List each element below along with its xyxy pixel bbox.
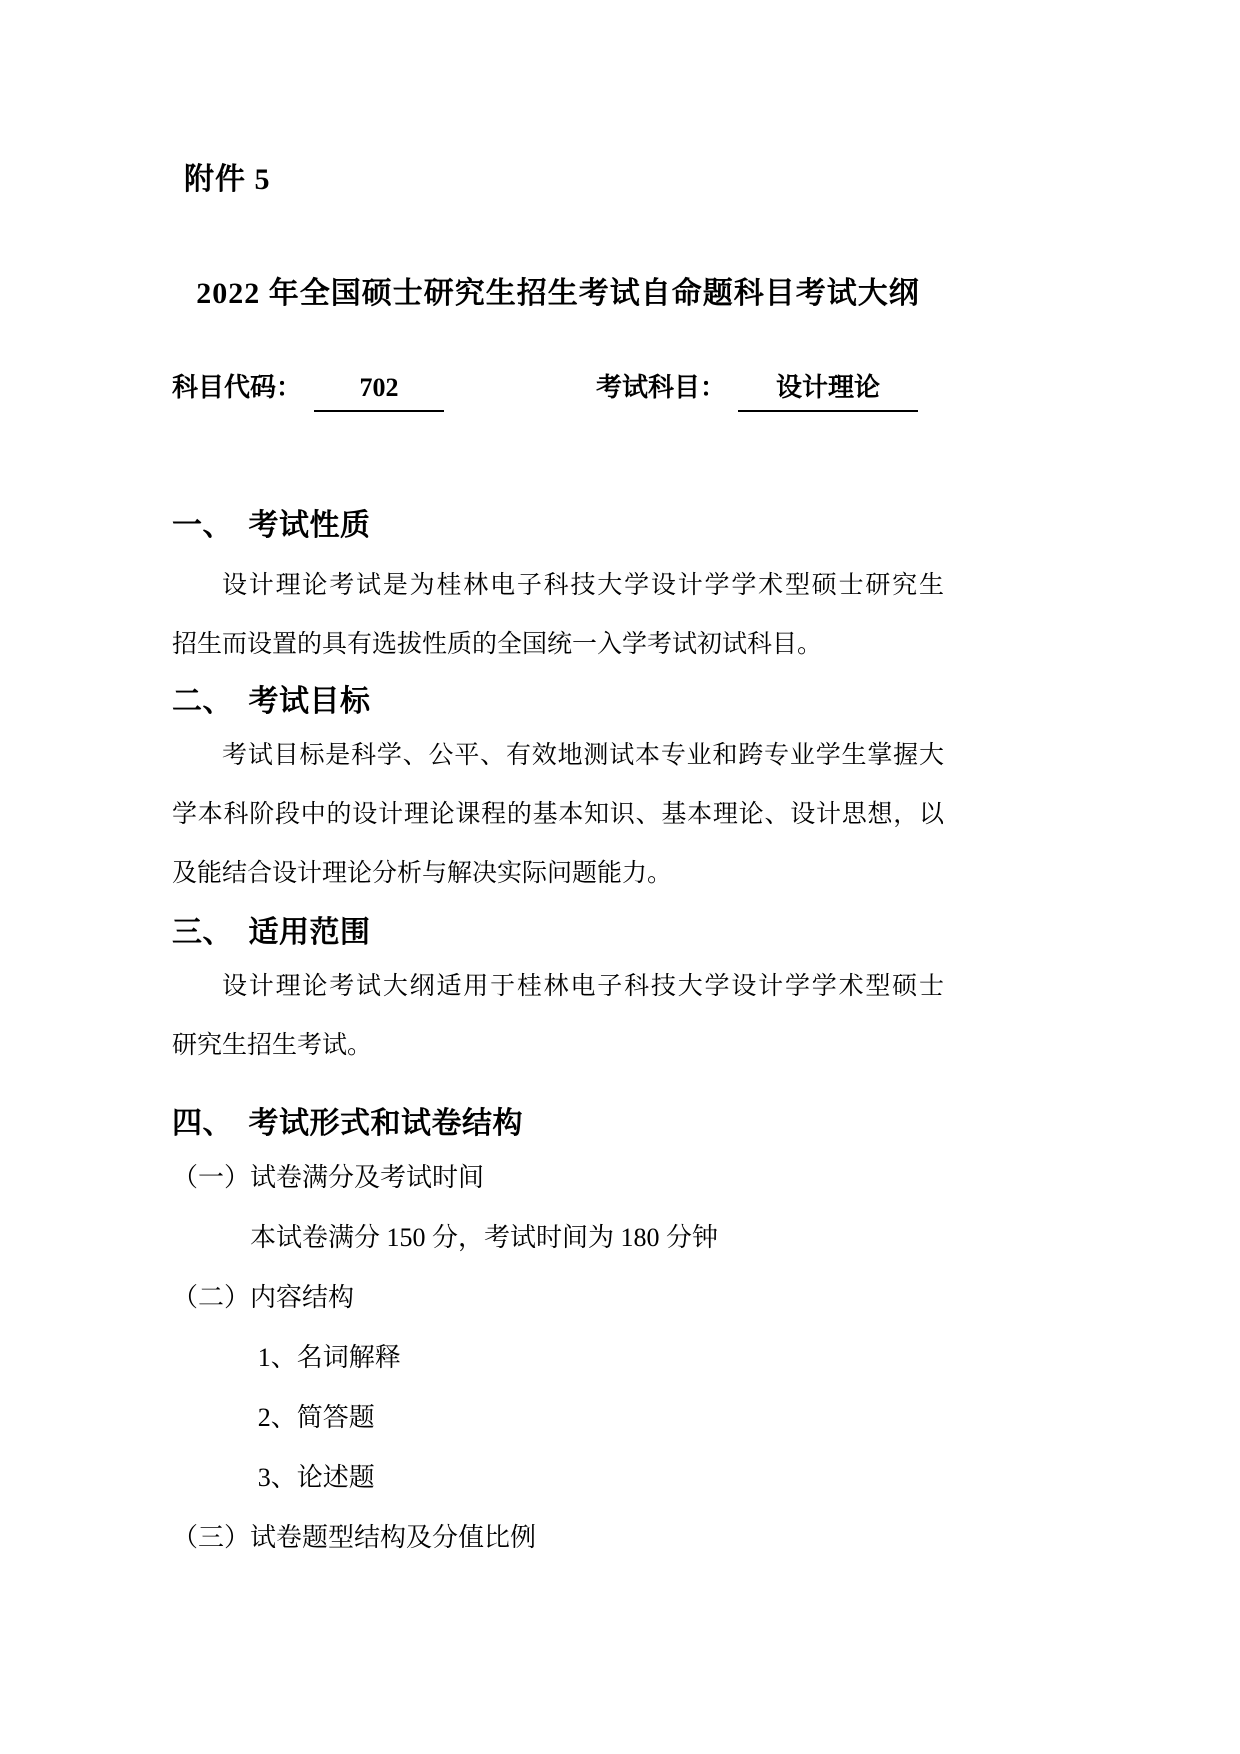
- section-heading-exam-nature: 一、 考试性质: [172, 504, 944, 548]
- attachment-label: 附件 5: [172, 160, 944, 200]
- section-heading-scope: 三、 适用范围: [172, 911, 944, 955]
- document-content: 附件 5 2022 年全国硕士研究生招生考试自命题科目考试大纲 科目代码： 70…: [172, 0, 944, 1568]
- document-title: 2022 年全国硕士研究生招生考试自命题科目考试大纲: [172, 272, 944, 316]
- paragraph-line: 考试目标是科学、公平、有效地测试本专业和跨专业学生掌握大: [172, 726, 944, 785]
- paragraph-line: 研究生招生考试。: [172, 1016, 944, 1075]
- paragraph-line: 设计理论考试是为桂林电子科技大学设计学学术型硕士研究生: [172, 556, 944, 615]
- subject-code-group: 科目代码： 702: [172, 368, 444, 412]
- exam-subject-group: 考试科目： 设计理论: [596, 368, 918, 412]
- document-page: 附件 5 2022 年全国硕士研究生招生考试自命题科目考试大纲 科目代码： 70…: [0, 0, 1240, 1754]
- subject-meta-row: 科目代码： 702 考试科目： 设计理论: [172, 368, 944, 412]
- exam-subject-value: 设计理论: [738, 368, 918, 412]
- paragraph-exam-goal: 考试目标是科学、公平、有效地测试本专业和跨专业学生掌握大 学本科阶段中的设计理论…: [172, 726, 944, 903]
- section-heading-exam-format: 四、 考试形式和试卷结构: [172, 1102, 944, 1146]
- paragraph-line: 学本科阶段中的设计理论课程的基本知识、基本理论、设计思想，以: [172, 785, 944, 844]
- outline-item-question-structure: （三）试卷题型结构及分值比例: [172, 1508, 944, 1568]
- paragraph-exam-nature: 设计理论考试是为桂林电子科技大学设计学学术型硕士研究生 招生而设置的具有选拔性质…: [172, 556, 944, 674]
- outline-item-essay: 3、论述题: [172, 1448, 944, 1508]
- paragraph-scope: 设计理论考试大纲适用于桂林电子科技大学设计学学术型硕士 研究生招生考试。: [172, 957, 944, 1075]
- subject-code-label: 科目代码：: [172, 368, 302, 408]
- outline-item-term-explanation: 1、名词解释: [172, 1328, 944, 1388]
- outline-item-short-answer: 2、简答题: [172, 1388, 944, 1448]
- outline-item-content-structure: （二）内容结构: [172, 1268, 944, 1328]
- subject-code-value: 702: [314, 368, 444, 412]
- paragraph-line: 设计理论考试大纲适用于桂林电子科技大学设计学学术型硕士: [172, 957, 944, 1016]
- section-heading-exam-goal: 二、 考试目标: [172, 680, 944, 724]
- outline-item-fullscore-time: （一）试卷满分及考试时间: [172, 1148, 944, 1208]
- exam-format-outline: （一）试卷满分及考试时间 本试卷满分 150 分，考试时间为 180 分钟 （二…: [172, 1148, 944, 1568]
- exam-subject-label: 考试科目：: [596, 368, 726, 408]
- outline-item-score-duration: 本试卷满分 150 分，考试时间为 180 分钟: [172, 1208, 944, 1268]
- paragraph-line: 招生而设置的具有选拔性质的全国统一入学考试初试科目。: [172, 615, 944, 674]
- paragraph-line: 及能结合设计理论分析与解决实际问题能力。: [172, 844, 944, 903]
